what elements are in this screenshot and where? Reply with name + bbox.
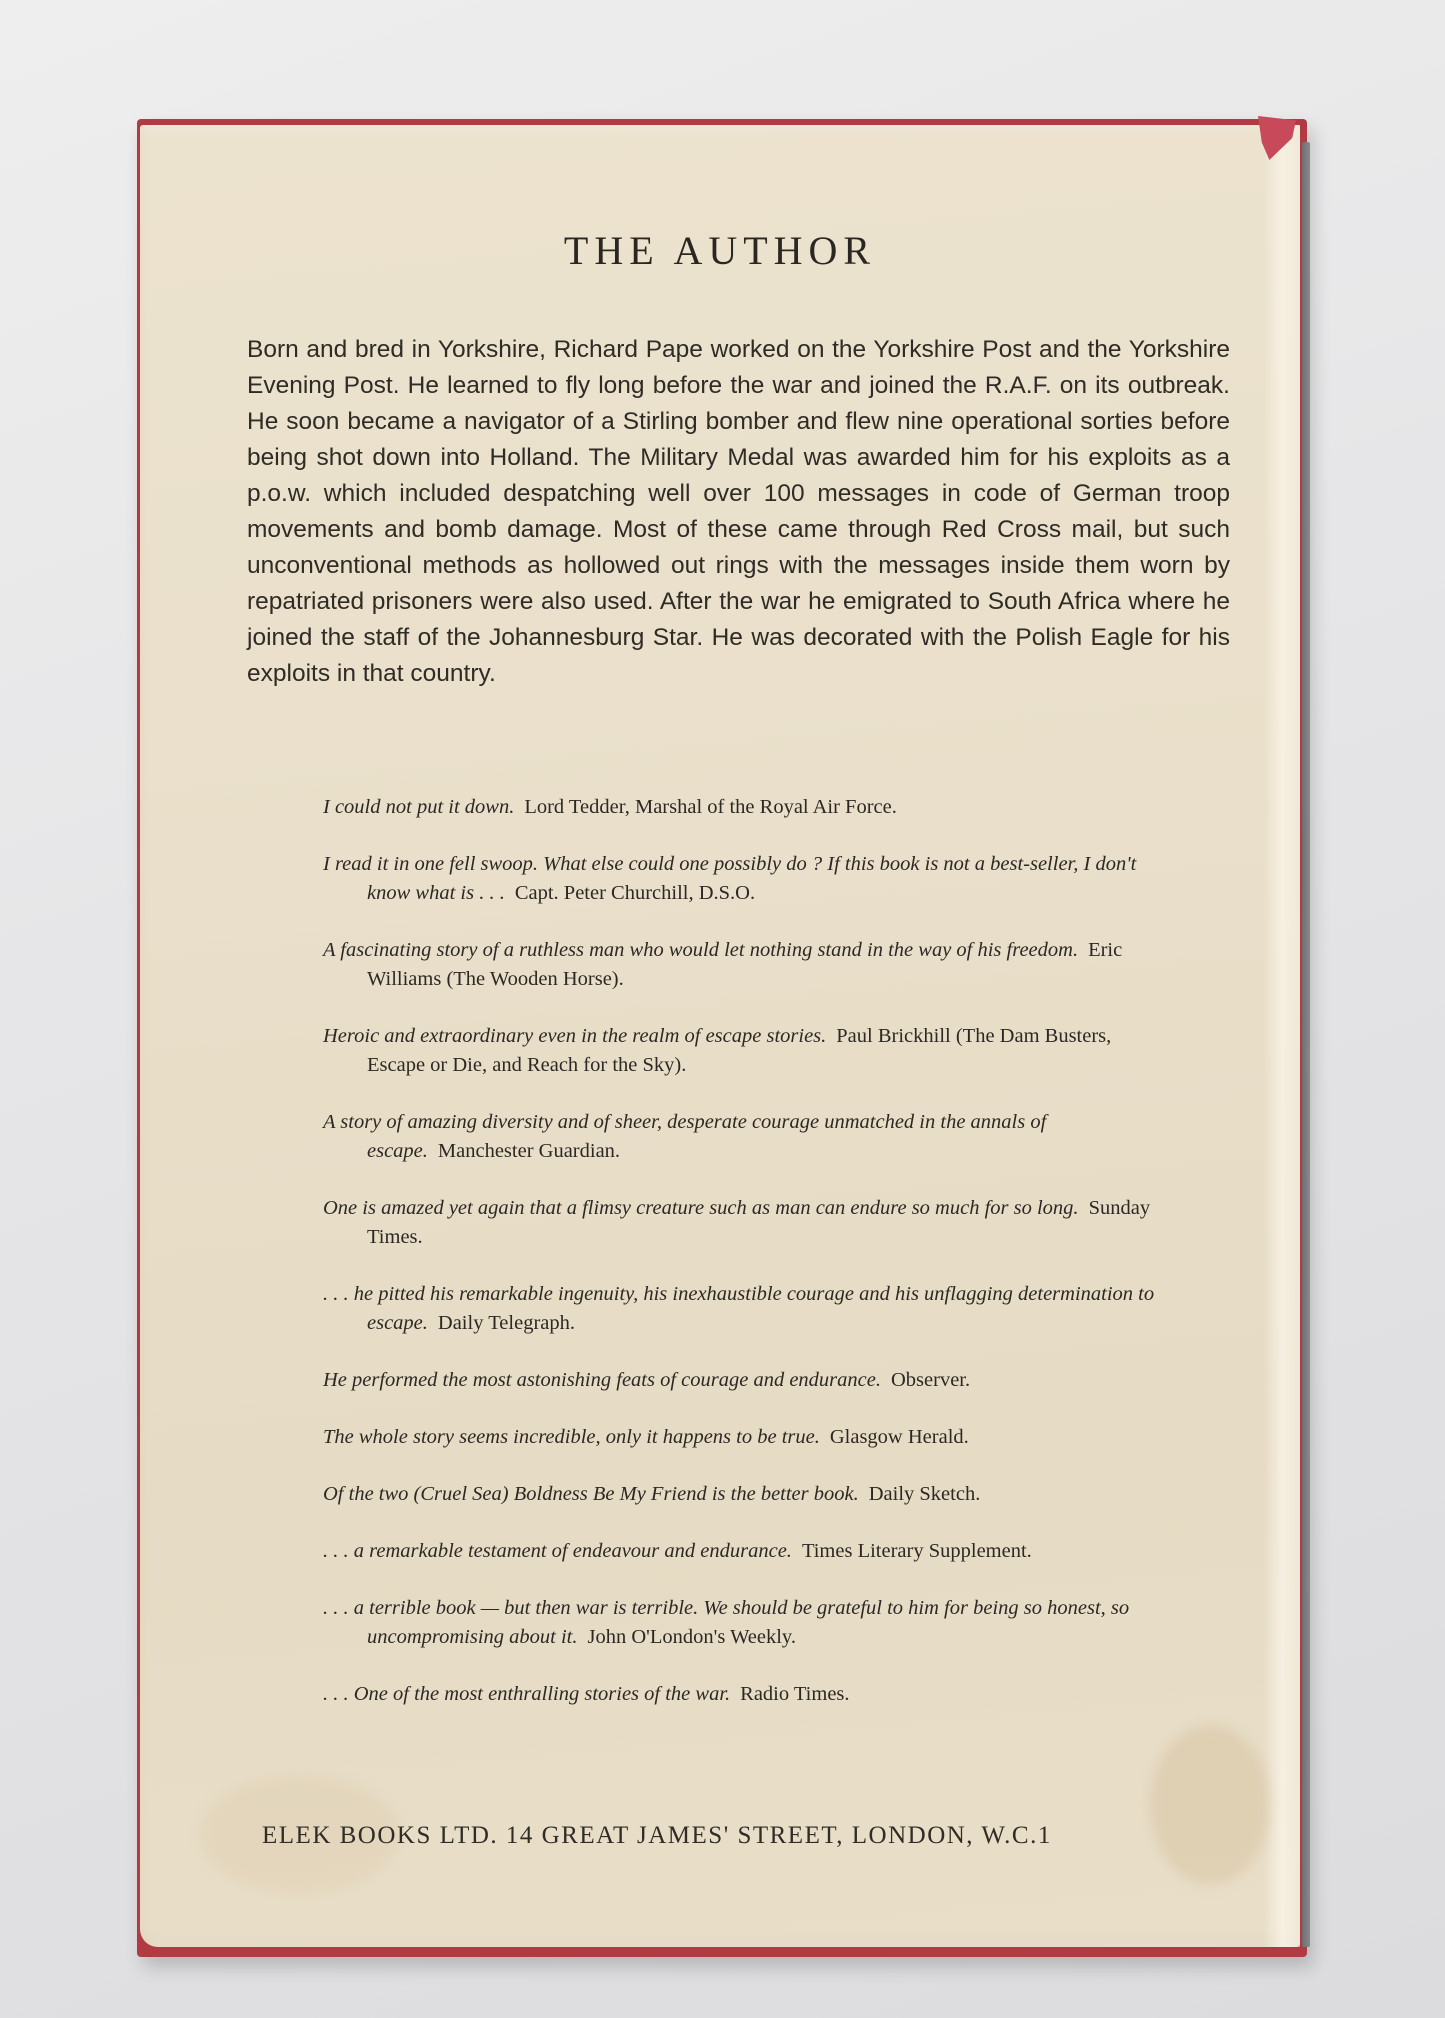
review-quote: He performed the most astonishing feats …: [323, 1366, 1163, 1395]
quote-text: Heroic and extraordinary even in the rea…: [323, 1025, 826, 1047]
quote-source: Radio Times.: [740, 1683, 849, 1705]
review-quotes: I could not put it down.Lord Tedder, Mar…: [323, 793, 1163, 1737]
book-spine-edge: [1302, 142, 1310, 1947]
quote-source: Capt. Peter Churchill, D.S.O.: [515, 882, 755, 904]
review-quote: Of the two (Cruel Sea) Boldness Be My Fr…: [323, 1480, 1163, 1509]
jacket-fold: [1264, 125, 1300, 1947]
quote-text: I could not put it down.: [323, 796, 514, 818]
review-quote: The whole story seems incredible, only i…: [323, 1423, 1163, 1452]
quote-source: Daily Telegraph.: [438, 1312, 575, 1334]
quote-source: Observer.: [891, 1369, 970, 1391]
review-quote: Heroic and extraordinary even in the rea…: [323, 1022, 1163, 1080]
review-quote: . . . One of the most enthralling storie…: [323, 1680, 1163, 1709]
quote-text: A fascinating story of a ruthless man wh…: [323, 939, 1078, 961]
quote-text: . . . a remarkable testament of endeavou…: [323, 1540, 792, 1562]
dust-jacket-back: THE AUTHOR Born and bred in Yorkshire, R…: [140, 125, 1300, 1947]
review-quote: A fascinating story of a ruthless man wh…: [323, 936, 1163, 994]
quote-text: One is amazed yet again that a flimsy cr…: [323, 1197, 1079, 1219]
quote-source: Lord Tedder, Marshal of the Royal Air Fo…: [524, 796, 897, 818]
review-quote: I read it in one fell swoop. What else c…: [323, 850, 1163, 908]
quote-source: Daily Sketch.: [869, 1483, 981, 1505]
review-quote: I could not put it down.Lord Tedder, Mar…: [323, 793, 1163, 822]
quote-text: . . . One of the most enthralling storie…: [323, 1683, 730, 1705]
quote-source: Glasgow Herald.: [830, 1426, 969, 1448]
quote-source: Times Literary Supplement.: [802, 1540, 1032, 1562]
review-quote: . . . he pitted his remarkable ingenuity…: [323, 1280, 1163, 1338]
quote-text: A story of amazing diversity and of shee…: [323, 1111, 1046, 1162]
author-bio: Born and bred in Yorkshire, Richard Pape…: [247, 332, 1230, 692]
author-bio-text: Born and bred in Yorkshire, Richard Pape…: [247, 332, 1230, 692]
review-quote: A story of amazing diversity and of shee…: [323, 1108, 1163, 1166]
review-quote: . . . a terrible book — but then war is …: [323, 1594, 1163, 1652]
section-title: THE AUTHOR: [140, 227, 1300, 274]
paper-stain: [1150, 1725, 1270, 1885]
quote-text: Of the two (Cruel Sea) Boldness Be My Fr…: [323, 1483, 859, 1505]
review-quote: . . . a remarkable testament of endeavou…: [323, 1537, 1163, 1566]
quote-source: John O'London's Weekly.: [588, 1626, 796, 1648]
quote-text: He performed the most astonishing feats …: [323, 1369, 881, 1391]
publisher-imprint: ELEK BOOKS LTD. 14 GREAT JAMES' STREET, …: [262, 1822, 1222, 1850]
quote-source: Manchester Guardian.: [438, 1140, 620, 1162]
review-quote: One is amazed yet again that a flimsy cr…: [323, 1194, 1163, 1252]
quote-text: The whole story seems incredible, only i…: [323, 1426, 820, 1448]
